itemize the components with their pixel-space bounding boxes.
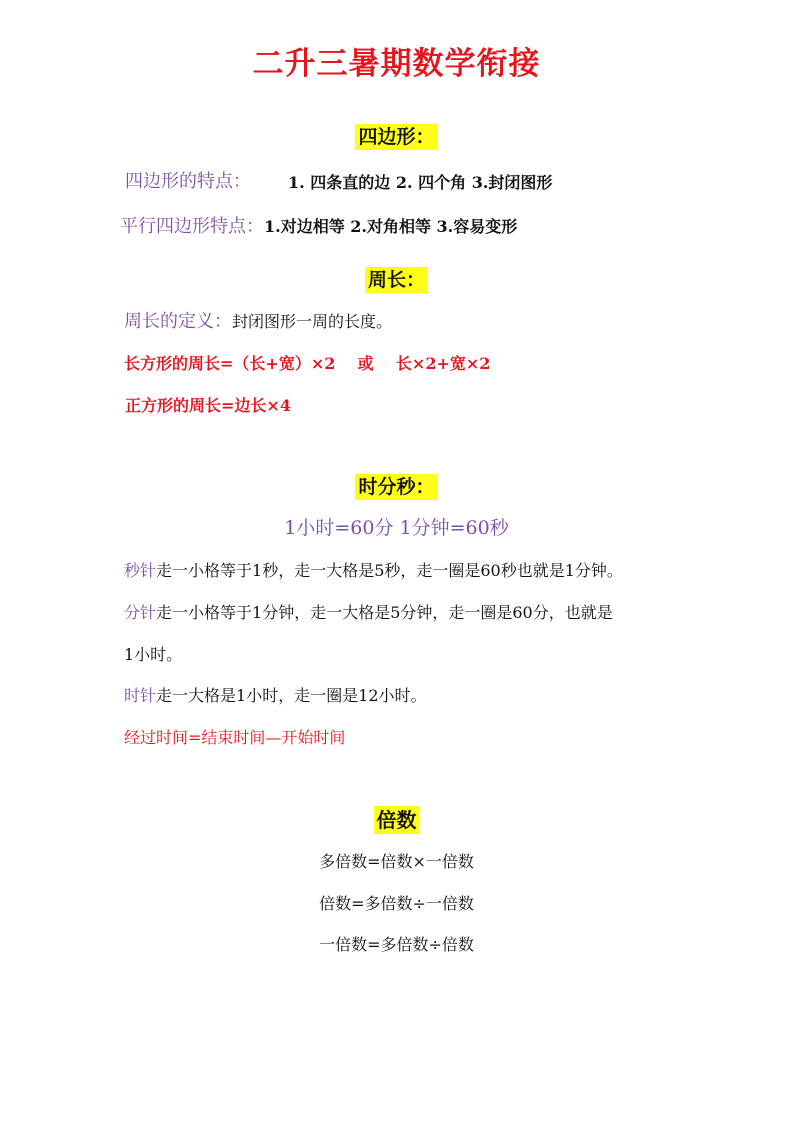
multiples-formula: 多倍数=倍数×一倍数 — [0, 849, 793, 872]
parallelogram-text: 1.对边相等 2.对角相等 3.容易变形 — [264, 217, 517, 236]
heading-multiples: 倍数 — [374, 806, 420, 834]
page-title: 二升三暑期数学衔接 — [0, 38, 793, 83]
features-text: 1. 四条直的边 2. 四个角 3.封闭图形 — [288, 170, 552, 193]
parallelogram-label: 平行四边形特点： — [120, 216, 264, 237]
heading-quadrilateral: 四边形： — [355, 124, 437, 150]
section-heading-time: 时分秒： — [0, 472, 793, 499]
rectangle-formula: 长方形的周长=（长+宽）×2 或 长×2+宽×2 — [124, 351, 490, 374]
hour-hand-text: 走一大格是1小时，走一圈是12小时。 — [156, 686, 427, 705]
heading-time: 时分秒： — [355, 474, 437, 500]
multiples-formula: 一倍数=多倍数÷倍数 — [0, 932, 793, 955]
elapsed-time-formula: 经过时间=结束时间—开始时间 — [124, 725, 345, 748]
section-heading-perimeter: 周长： — [0, 265, 793, 292]
section-heading-multiples: 倍数 — [0, 804, 793, 833]
features-label: 四边形的特点： — [125, 171, 251, 192]
perimeter-definition-row: 周长的定义：封闭图形一周的长度。 — [124, 307, 392, 333]
second-hand-row: 秒针走一小格等于1秒，走一大格是5秒，走一圈是60秒也就是1分钟。 — [124, 558, 623, 581]
heading-perimeter: 周长： — [365, 267, 428, 293]
minute-hand-text-cont: 1小时。 — [124, 642, 182, 665]
second-hand-text: 走一小格等于1秒，走一大格是5秒，走一圈是60秒也就是1分钟。 — [156, 561, 623, 580]
section-heading-quadrilateral: 四边形： — [0, 122, 793, 149]
quadrilateral-features-row: 四边形的特点： — [125, 167, 251, 193]
hour-hand-label: 时针 — [124, 686, 156, 705]
second-hand-label: 秒针 — [124, 561, 156, 580]
minute-hand-label: 分针 — [124, 603, 156, 622]
time-conversion: 1小时=60分 1分钟=60秒 — [0, 513, 793, 540]
parallelogram-row: 平行四边形特点：1.对边相等 2.对角相等 3.容易变形 — [120, 212, 517, 238]
definition-label: 周长的定义： — [124, 311, 232, 332]
definition-text: 封闭图形一周的长度。 — [232, 312, 392, 331]
minute-hand-text: 走一小格等于1分钟，走一大格是5分钟，走一圈是60分，也就是 — [156, 603, 613, 622]
multiples-formula: 倍数=多倍数÷一倍数 — [0, 891, 793, 914]
minute-hand-row: 分针走一小格等于1分钟，走一大格是5分钟，走一圈是60分，也就是 — [124, 600, 613, 623]
square-formula: 正方形的周长=边长×4 — [125, 393, 291, 416]
hour-hand-row: 时针走一大格是1小时，走一圈是12小时。 — [124, 683, 427, 706]
